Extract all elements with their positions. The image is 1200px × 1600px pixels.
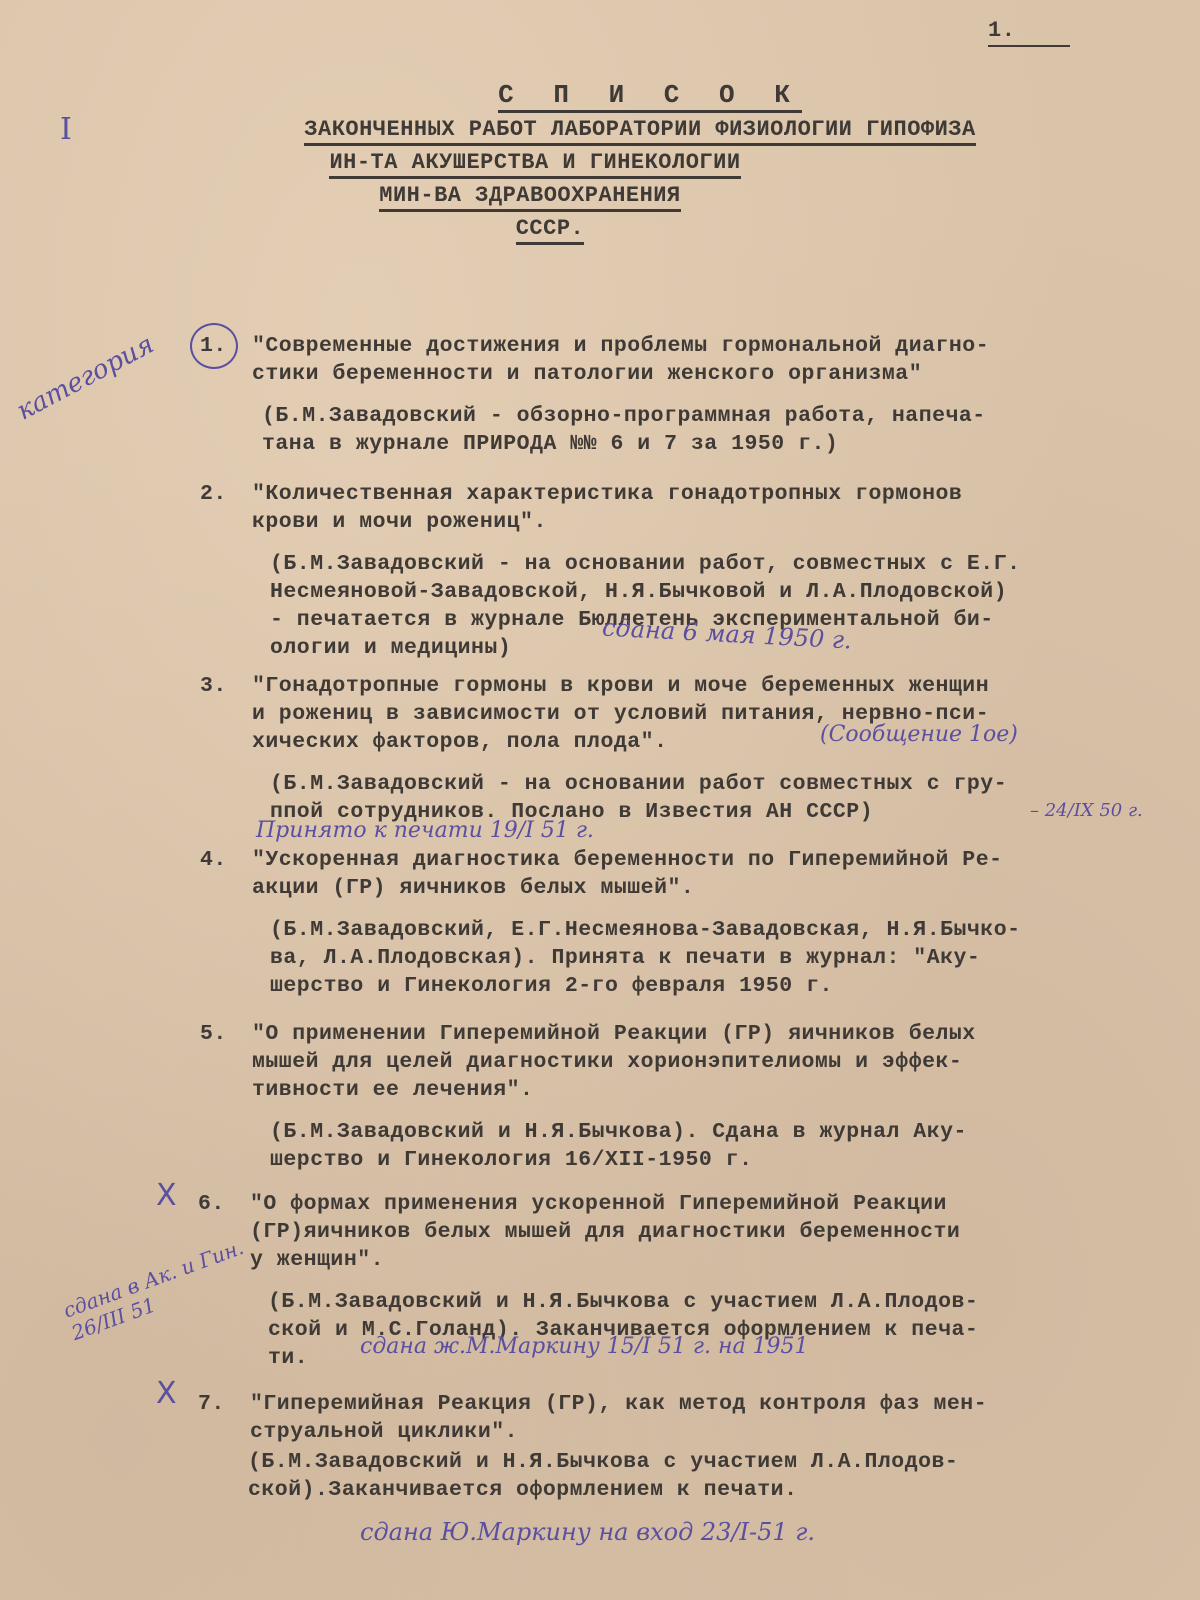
subtitle-line-2: ИН-ТА АКУШЕРСТВА И ГИНЕКОЛОГИИ xyxy=(329,150,740,179)
list-item: 7. "Гиперемийная Реакция (ГР), как метод… xyxy=(198,1390,1158,1504)
item-title: "Гонадотропные гормоны в крови и моче бе… xyxy=(252,672,1160,756)
item-number: 6. xyxy=(198,1190,248,1218)
item-note: (Б.М.Завадовский и Н.Я.Бычкова с участие… xyxy=(268,1288,1158,1372)
item-number: 4. xyxy=(200,846,250,874)
x-mark-icon: X xyxy=(156,1178,177,1213)
handwritten-submitted-note: сдана ж.М.Маркину 15/I 51 г. на 1951 xyxy=(360,1334,809,1359)
item-number: 2. xyxy=(200,480,250,508)
item-note: (Б.М.Завадовский и Н.Я.Бычкова с участие… xyxy=(248,1448,1158,1504)
list-item: 5. "О применении Гиперемийной Реакции (Г… xyxy=(200,1020,1160,1174)
x-mark-icon: X xyxy=(156,1376,177,1411)
page-number: 1. xyxy=(988,18,1070,47)
page-title: С П И С О К xyxy=(498,80,802,113)
list-item: 4. "Ускоренная диагностика беременности … xyxy=(200,846,1160,1000)
item-number: 5. xyxy=(200,1020,250,1048)
item-number: 1. xyxy=(200,332,250,360)
item-title: "Ускоренная диагностика беременности по … xyxy=(252,846,1160,902)
list-item: 1. "Современные достижения и проблемы го… xyxy=(200,332,1160,458)
item-title: "О формах применения ускоренной Гипереми… xyxy=(250,1190,1158,1274)
subtitle-line-3: МИН-ВА ЗДРАВООХРАНЕНИЯ xyxy=(379,183,680,212)
handwritten-inline-note: (Сообщение 1ое) xyxy=(820,722,1018,747)
item-title: "Количественная характеристика гонадотро… xyxy=(252,480,1160,536)
document-header: С П И С О К ЗАКОНЧЕННЫХ РАБОТ ЛАБОРАТОРИ… xyxy=(0,80,1200,245)
item-number: 7. xyxy=(198,1390,248,1418)
document-page: I 1. С П И С О К ЗАКОНЧЕННЫХ РАБОТ ЛАБОР… xyxy=(0,0,1200,1600)
subtitle-line-4: СССР. xyxy=(516,216,585,245)
item-note: (Б.М.Завадовский - обзорно-программная р… xyxy=(262,402,1160,458)
handwritten-date-note: – 24/IX 50 г. xyxy=(1030,800,1143,821)
item-note: (Б.М.Завадовский и Н.Я.Бычкова). Сдана в… xyxy=(270,1118,1160,1174)
item-title: "О применении Гиперемийной Реакции (ГР) … xyxy=(252,1020,1160,1104)
handwritten-submitted-note: сдана Ю.Маркину на вход 23/I-51 г. xyxy=(360,1518,815,1546)
item-note: (Б.М.Завадовский, Е.Г.Несмеянова-Завадов… xyxy=(270,916,1160,1000)
subtitle-line-1: ЗАКОНЧЕННЫХ РАБОТ ЛАБОРАТОРИИ ФИЗИОЛОГИИ… xyxy=(304,117,975,146)
item-title: "Гиперемийная Реакция (ГР), как метод ко… xyxy=(250,1390,1158,1446)
item-title: "Современные достижения и проблемы гормо… xyxy=(252,332,1160,388)
handwritten-accepted-note: Принято к печати 19/I 51 г. xyxy=(256,818,594,843)
item-number: 3. xyxy=(200,672,250,700)
list-item: 3. "Гонадотропные гормоны в крови и моче… xyxy=(200,672,1160,826)
handwritten-margin-note: категория xyxy=(12,329,159,426)
